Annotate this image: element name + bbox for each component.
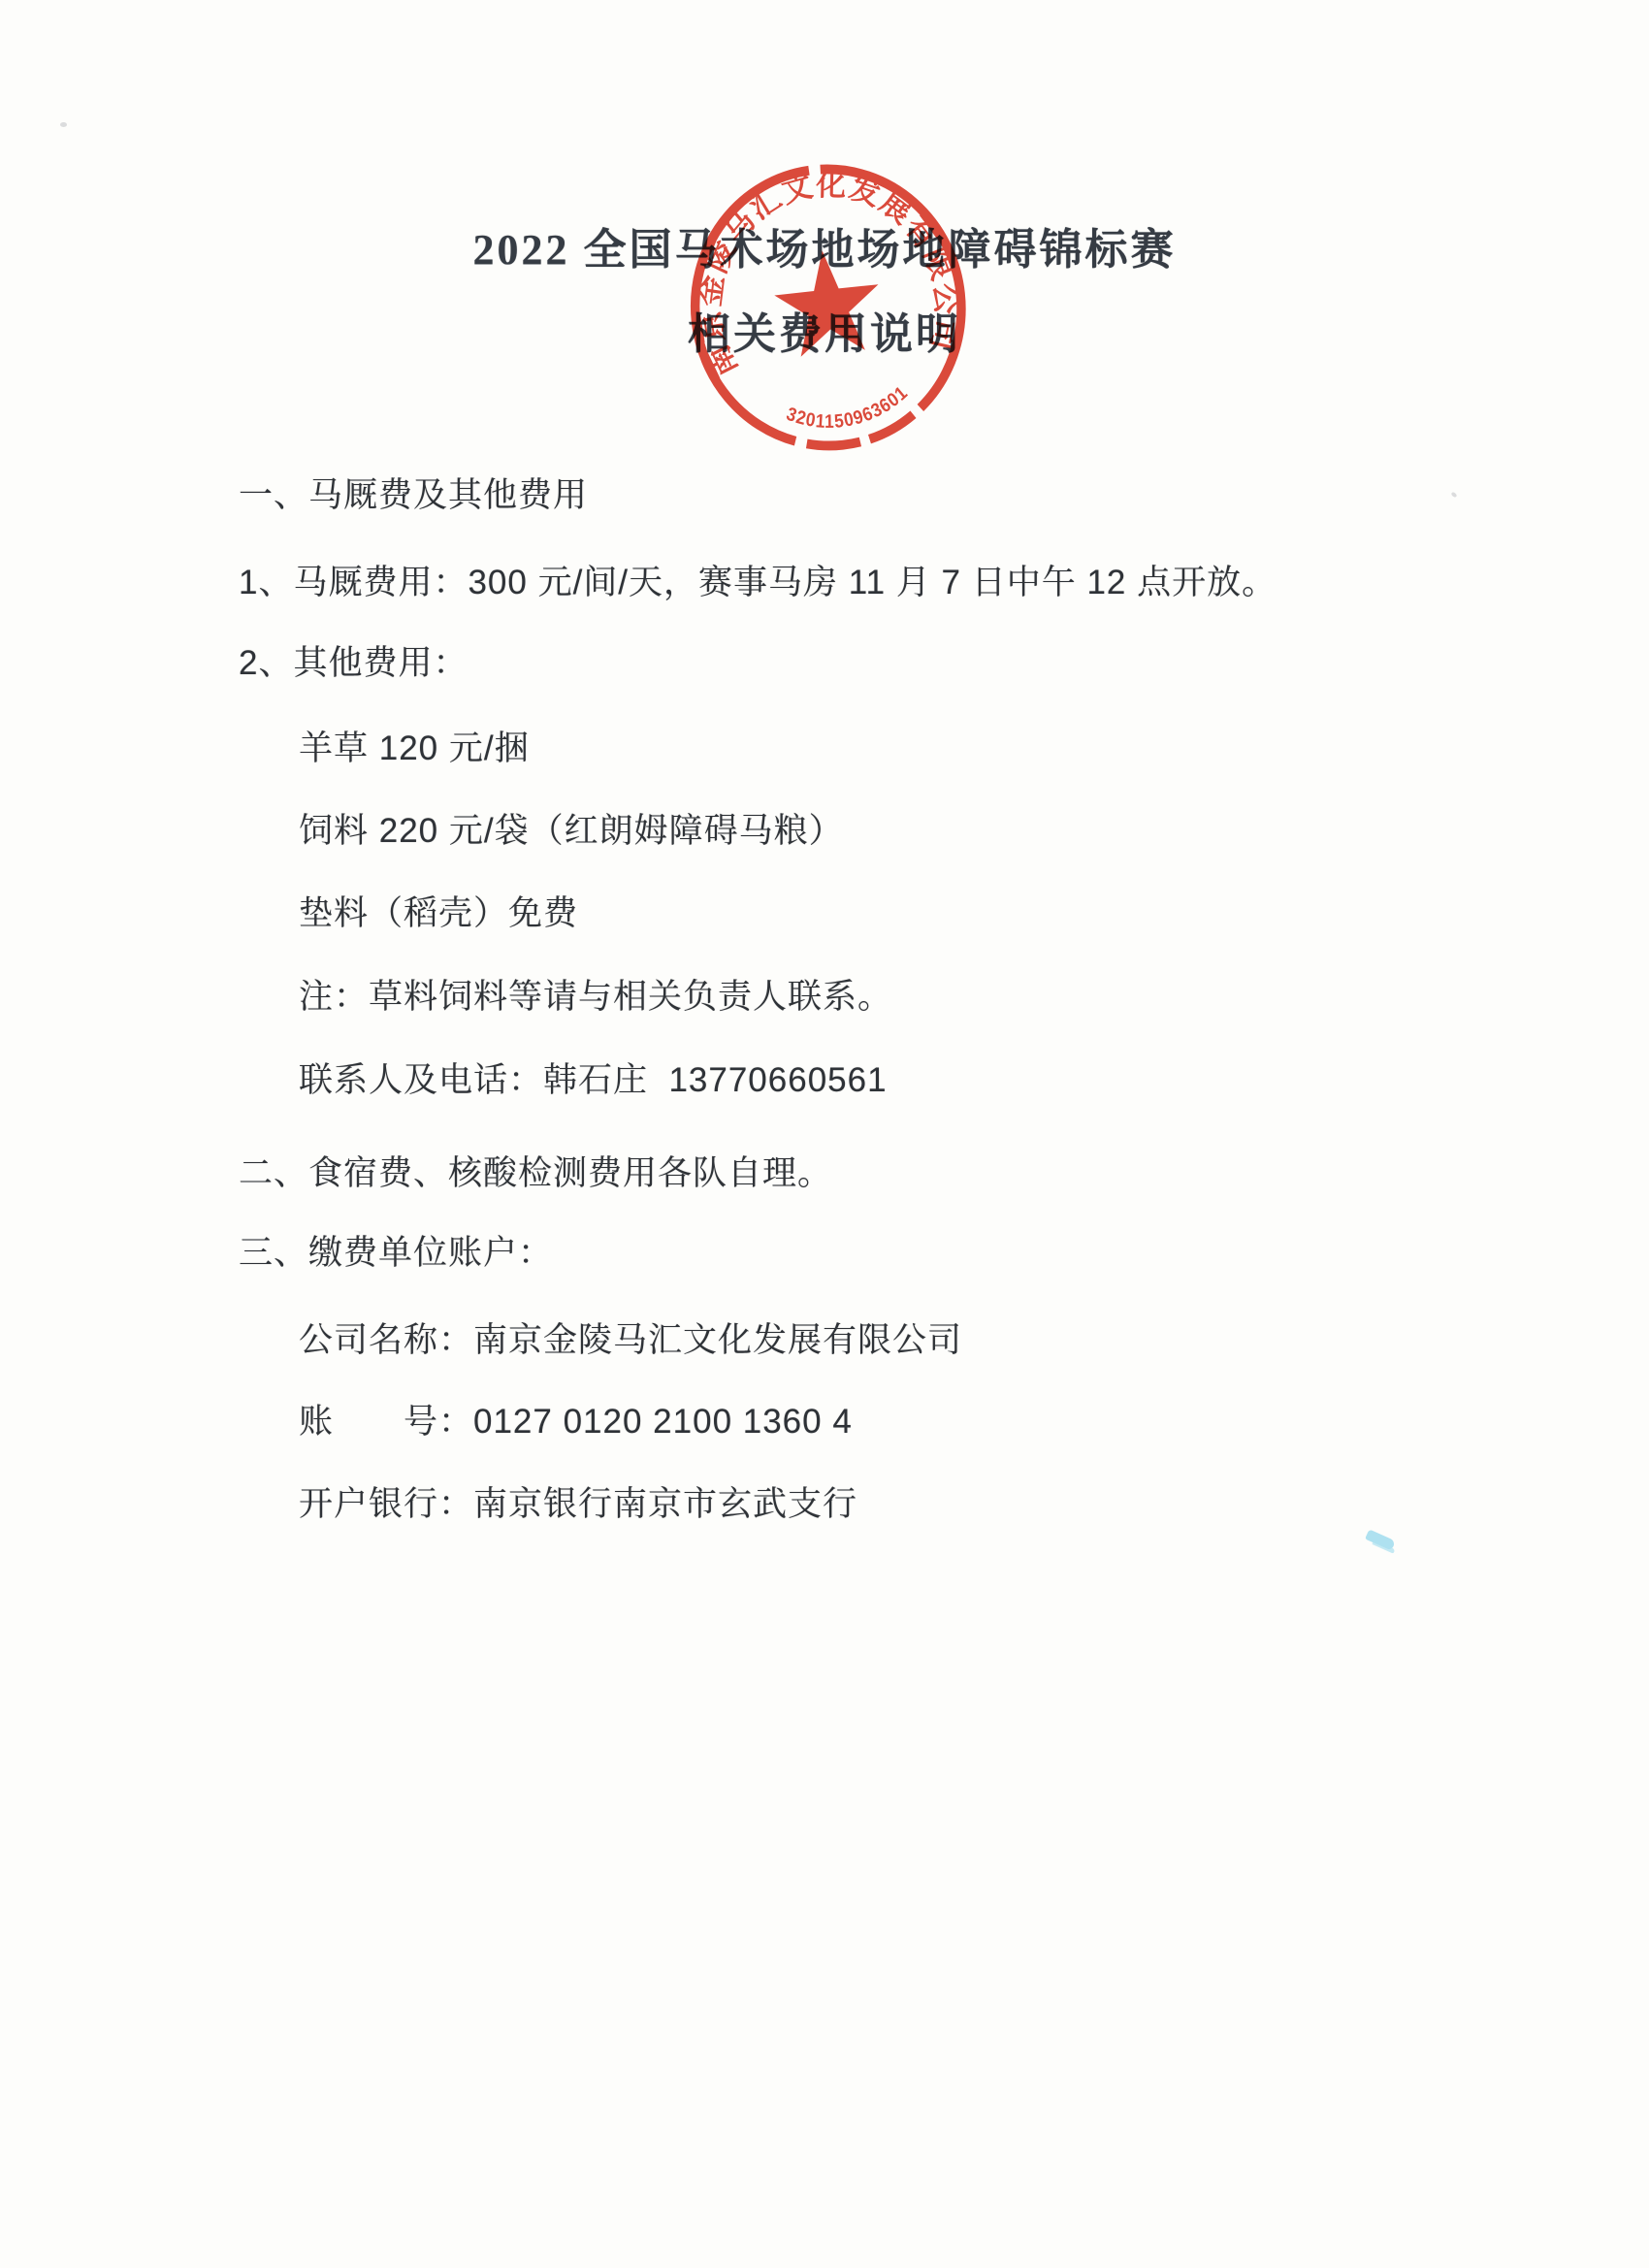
section-heading-lodging: 二、食宿费、核酸检测费用各队自理。 [239,1147,832,1195]
contact-line: 联系人及电话：韩石庄 13770660561 [299,1053,888,1102]
fee-sub-feed: 饲料 220 元/袋（红朗姆障碍马粮） [299,804,844,853]
section-heading-payment-account: 三、缴费单位账户： [239,1226,553,1275]
seal-star-icon [770,245,885,359]
company-seal-stamp: 南京金陵马汇文化发展有限公司 3201150963601 [668,135,989,484]
fee-item-other: 2、其他费用： [239,636,468,685]
fee-sub-hay: 羊草 120 元/捆 [299,722,530,770]
scan-speck [1450,492,1457,499]
account-bank: 开户银行：南京银行南京市玄武支行 [299,1477,857,1526]
scan-artifact-blue-mark [1365,1529,1396,1550]
scan-speck [60,122,67,127]
fee-item-stable: 1、马厩费用：300 元/间/天，赛事马房 11 月 7 日中午 12 点开放。 [239,556,1277,604]
scanned-document-page: 2022 全国马术场地场地障碍锦标赛 相关费用说明 南京金陵马汇文化发展有限公司… [0,0,1649,2268]
account-company-name: 公司名称：南京金陵马汇文化发展有限公司 [299,1313,962,1362]
seal-graphic: 南京金陵马汇文化发展有限公司 3201150963601 [668,135,989,484]
fee-sub-bedding: 垫料（稻壳）免费 [299,887,578,935]
note-line: 注：草料饲料等请与相关负责人联系。 [299,970,892,1019]
account-number: 账 号：0127 0120 2100 1360 4 [299,1395,853,1443]
section-heading-stable-fees: 一、马厩费及其他费用 [239,469,588,517]
